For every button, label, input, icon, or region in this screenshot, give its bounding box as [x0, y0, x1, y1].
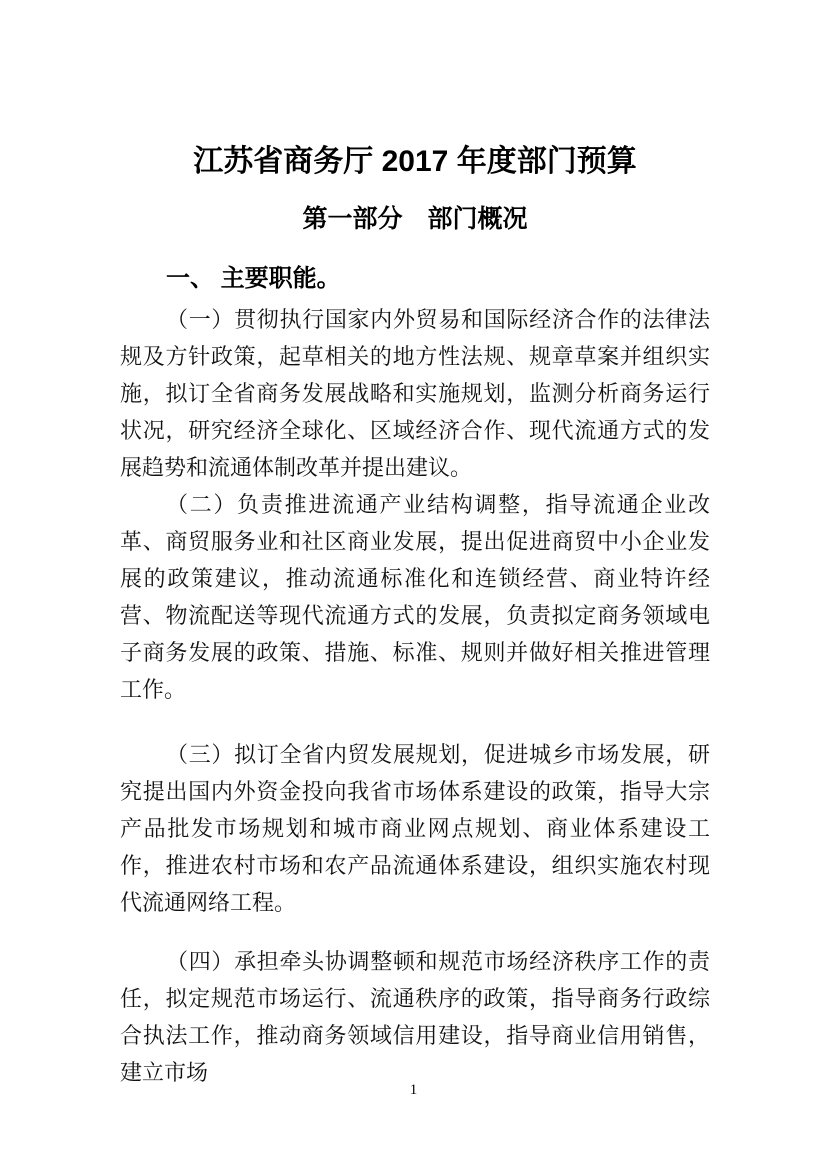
paragraph-1: （一）贯彻执行国家内外贸易和国际经济合作的法律法规及方针政策，起草相关的地方性法…: [120, 301, 710, 486]
paragraph-3: （三）拟订全省内贸发展规划，促进城乡市场发展，研究提出国内外资金投向我省市场体系…: [120, 736, 710, 921]
paragraph-2: （二）负责推进流通产业结构调整，指导流通企业改革、商贸服务业和社区商业发展，提出…: [120, 486, 710, 708]
page-content: 江苏省商务厅 2017 年度部门预算 第一部分 部门概况 一、 主要职能。 （一…: [120, 0, 710, 1091]
page-number: 1: [0, 1080, 827, 1100]
part-heading: 第一部分 部门概况: [120, 203, 710, 235]
section-heading: 一、 主要职能。: [120, 264, 710, 294]
document-page: 江苏省商务厅 2017 年度部门预算 第一部分 部门概况 一、 主要职能。 （一…: [0, 0, 827, 1169]
paragraph-4: （四）承担牵头协调整顿和规范市场经济秩序工作的责任，拟定规范市场运行、流通秩序的…: [120, 943, 710, 1091]
document-title: 江苏省商务厅 2017 年度部门预算: [120, 142, 710, 182]
